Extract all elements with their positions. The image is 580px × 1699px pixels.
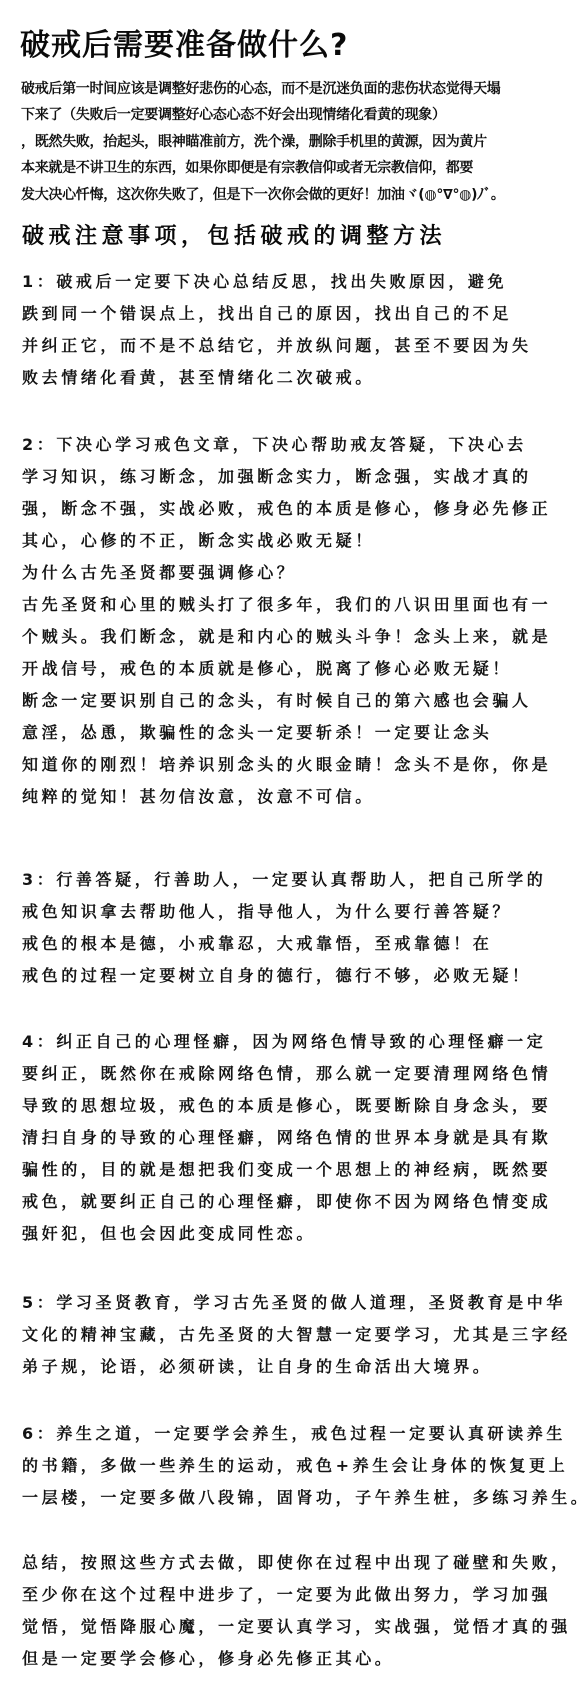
item-line: 为什么古先圣贤都要强调修心？ xyxy=(22,557,551,589)
item-line: 开战信号，戒色的本质就是修心，脱离了修心必败无疑！ xyxy=(22,653,551,685)
intro-line: 本来就是不讲卫生的东西，如果你即便是有宗教信仰或者无宗教信仰，都要 xyxy=(21,155,505,181)
intro-line: 发大决心忏悔，这次你失败了，但是下一次你会做的更好！加油ヾ(◍°∇°◍)ﾉﾞ。 xyxy=(21,182,505,208)
item-line: 知道你的刚烈！培养识别念头的火眼金睛！念头不是你，你是 xyxy=(22,749,551,781)
item-line: 弟子规，论语，必须研读，让自身的生命活出大境界。 xyxy=(22,1351,571,1383)
item-line: 的书籍，多做一些养生的运动，戒色+养生会让身体的恢复更上 xyxy=(22,1450,580,1482)
summary-line: 至少你在这个过程中进步了，一定要为此做出努力，学习加强 xyxy=(22,1579,571,1611)
item-line: 骗性的，目的就是想把我们变成一个思想上的神经病，既然要 xyxy=(22,1154,551,1186)
item-4: 4：纠正自己的心理怪癖，因为网络色情导致的心理怪癖一定 要纠正，既然你在戒除网络… xyxy=(22,1026,551,1250)
item-line: 文化的精神宝藏，古先圣贤的大智慧一定要学习，尤其是三字经 xyxy=(22,1319,571,1351)
summary-line: 但是一定要学会修心，修身必先修正其心。 xyxy=(22,1643,571,1675)
item-line: 戒色的根本是德，小戒靠忍，大戒靠悟，至戒靠德！在 xyxy=(22,928,546,960)
item-line: 一层楼，一定要多做八段锦，固肾功，子午养生桩，多练习养生。 xyxy=(22,1482,580,1514)
article-page: 破戒后需要准备做什么? 破戒后第一时间应该是调整好悲伤的心态，而不是沉迷负面的悲… xyxy=(0,0,580,1699)
item-2: 2：下决心学习戒色文章，下决心帮助戒友答疑，下决心去 学习知识，练习断念，加强断… xyxy=(22,429,551,813)
item-line: 5：学习圣贤教育，学习古先圣贤的做人道理，圣贤教育是中华 xyxy=(22,1287,571,1319)
item-line: 戒色，就要纠正自己的心理怪癖，即使你不因为网络色情变成 xyxy=(22,1186,551,1218)
item-line: 学习知识，练习断念，加强断念实力，断念强，实战才真的 xyxy=(22,461,551,493)
item-line: 败去情绪化看黄，甚至情绪化二次破戒。 xyxy=(22,362,532,394)
item-line: 跌到同一个错误点上，找出自己的原因，找出自己的不足 xyxy=(22,298,532,330)
item-line: 古先圣贤和心里的贼头打了很多年，我们的八识田里面也有一 xyxy=(22,589,551,621)
item-5: 5：学习圣贤教育，学习古先圣贤的做人道理，圣贤教育是中华 文化的精神宝藏，古先圣… xyxy=(22,1287,571,1383)
item-line: 3：行善答疑，行善助人，一定要认真帮助人，把自己所学的 xyxy=(22,864,546,896)
item-3: 3：行善答疑，行善助人，一定要认真帮助人，把自己所学的 戒色知识拿去帮助他人，指… xyxy=(22,864,546,992)
item-line: 导致的思想垃圾，戒色的本质是修心，既要断除自身念头，要 xyxy=(22,1090,551,1122)
item-line: 并纠正它，而不是不总结它，并放纵问题，甚至不要因为失 xyxy=(22,330,532,362)
intro-line: ，既然失败，抬起头，眼神瞄准前方，洗个澡，删除手机里的黄源，因为黄片 xyxy=(21,129,505,155)
intro-line: 破戒后第一时间应该是调整好悲伤的心态，而不是沉迷负面的悲伤状态觉得天塌 xyxy=(21,76,505,102)
item-line: 清扫自身的导致的心理怪癖，网络色情的世界本身就是具有欺 xyxy=(22,1122,551,1154)
item-line: 强，断念不强，实战必败，戒色的本质是修心，修身必先修正 xyxy=(22,493,551,525)
page-title: 破戒后需要准备做什么? xyxy=(20,28,348,64)
item-line: 纯粹的觉知！甚勿信汝意，汝意不可信。 xyxy=(22,781,551,813)
item-1: 1：破戒后一定要下决心总结反思，找出失败原因，避免 跌到同一个错误点上，找出自己… xyxy=(22,266,532,394)
intro-line: 下来了（失败后一定要调整好心态心态不好会出现情绪化看黄的现象） xyxy=(21,102,505,128)
summary-line: 觉悟，觉悟降服心魔，一定要认真学习，实战强，觉悟才真的强 xyxy=(22,1611,571,1643)
item-line: 断念一定要识别自己的念头，有时候自己的第六感也会骗人 xyxy=(22,685,551,717)
summary-line: 总结，按照这些方式去做，即使你在过程中出现了碰壁和失败， xyxy=(22,1547,571,1579)
item-line: 个贼头。我们断念，就是和内心的贼头斗争！念头上来，就是 xyxy=(22,621,551,653)
item-line: 其心，心修的不正，断念实战必败无疑！ xyxy=(22,525,551,557)
item-line: 戒色知识拿去帮助他人，指导他人，为什么要行善答疑？ xyxy=(22,896,546,928)
item-line: 2：下决心学习戒色文章，下决心帮助戒友答疑，下决心去 xyxy=(22,429,551,461)
item-line: 1：破戒后一定要下决心总结反思，找出失败原因，避免 xyxy=(22,266,532,298)
summary: 总结，按照这些方式去做，即使你在过程中出现了碰壁和失败， 至少你在这个过程中进步… xyxy=(22,1547,571,1675)
item-line: 6：养生之道，一定要学会养生，戒色过程一定要认真研读养生 xyxy=(22,1418,580,1450)
intro-paragraph: 破戒后第一时间应该是调整好悲伤的心态，而不是沉迷负面的悲伤状态觉得天塌 下来了（… xyxy=(21,76,505,208)
item-line: 意淫，怂恿，欺骗性的念头一定要斩杀！一定要让念头 xyxy=(22,717,551,749)
item-line: 强奸犯，但也会因此变成同性恋。 xyxy=(22,1218,551,1250)
item-line: 4：纠正自己的心理怪癖，因为网络色情导致的心理怪癖一定 xyxy=(22,1026,551,1058)
item-line: 要纠正，既然你在戒除网络色情，那么就一定要清理网络色情 xyxy=(22,1058,551,1090)
section-heading: 破戒注意事项，包括破戒的调整方法 xyxy=(22,222,446,252)
item-line: 戒色的过程一定要树立自身的德行，德行不够，必败无疑！ xyxy=(22,960,546,992)
item-6: 6：养生之道，一定要学会养生，戒色过程一定要认真研读养生 的书籍，多做一些养生的… xyxy=(22,1418,580,1514)
